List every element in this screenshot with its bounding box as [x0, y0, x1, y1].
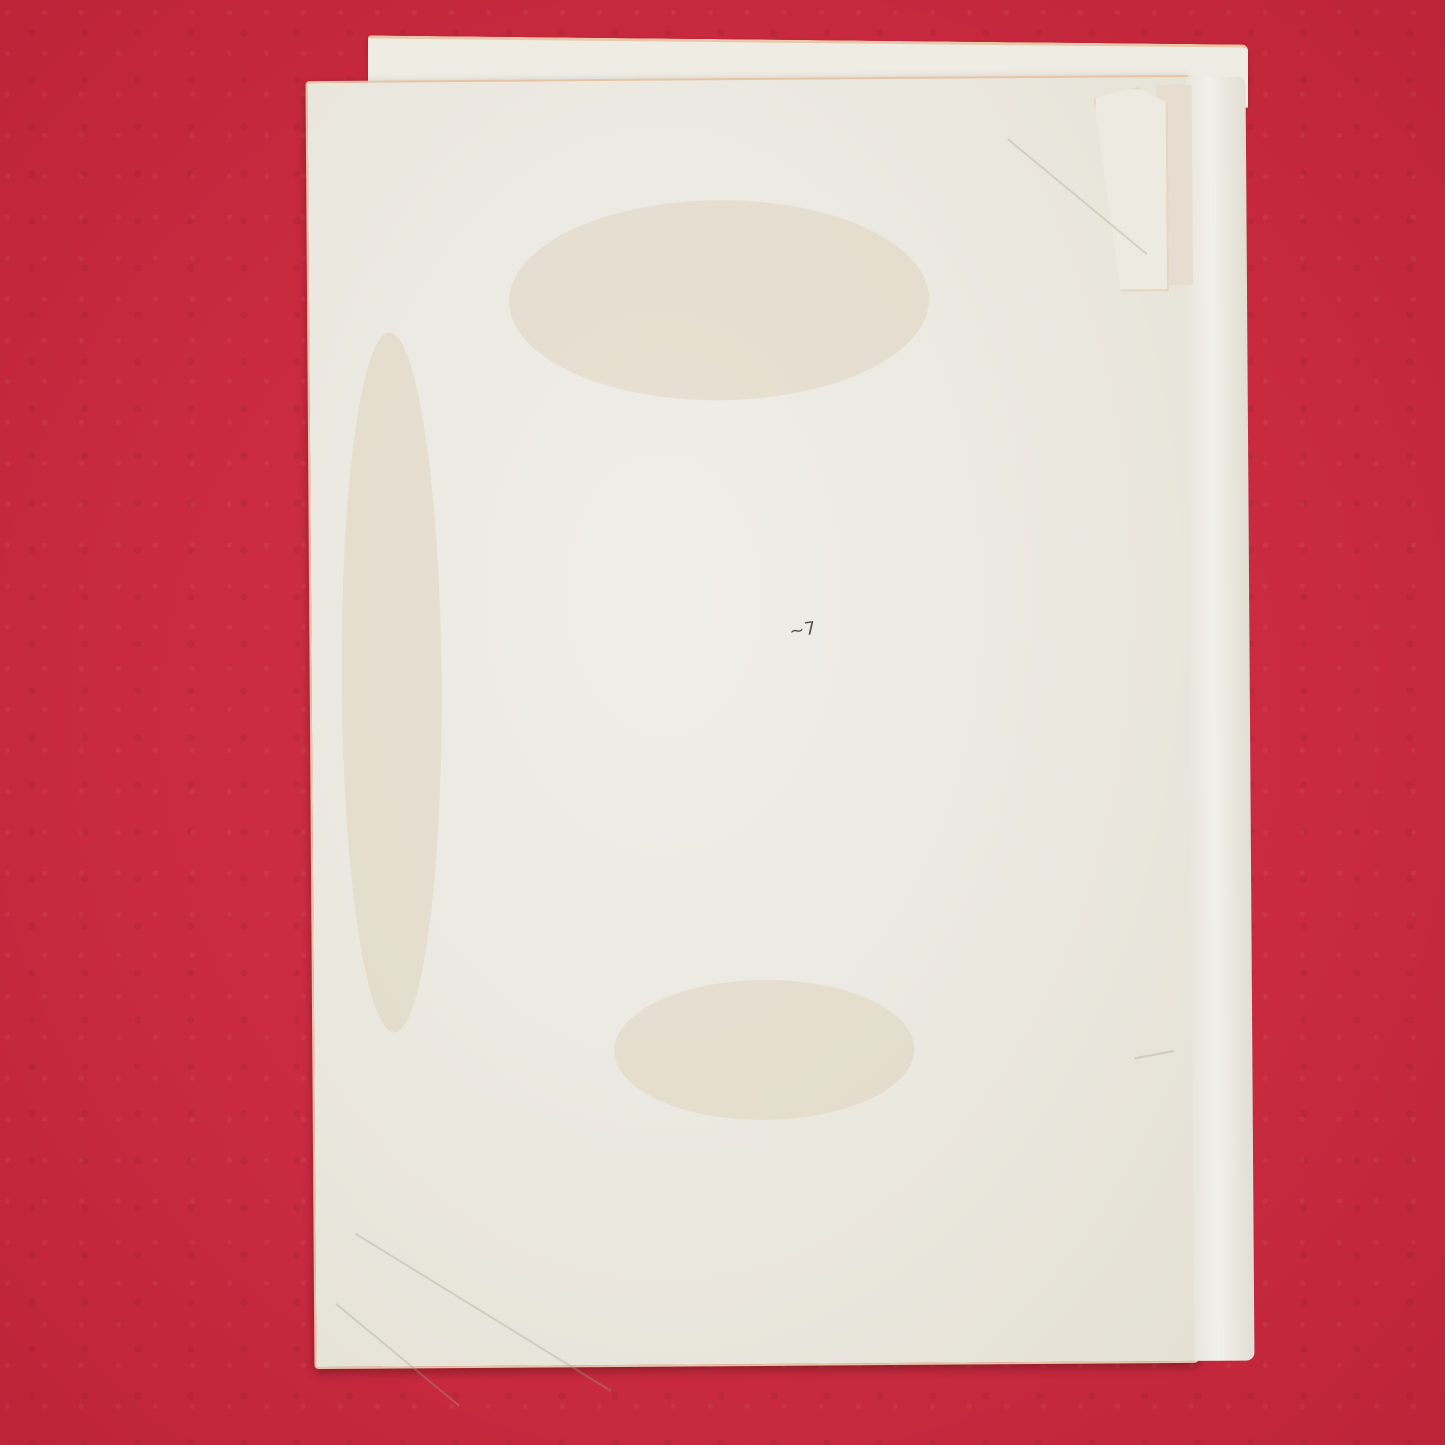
foxing-stain	[339, 332, 444, 1033]
crease	[1134, 1050, 1174, 1059]
torn-cover-flap	[1094, 87, 1169, 292]
pencil-mark: ~7	[788, 618, 817, 643]
booklet-spine	[1186, 77, 1255, 1361]
booklet-back-cover: ~7	[306, 75, 1199, 1369]
foxing-stain	[508, 199, 929, 402]
foxing-stain	[614, 979, 915, 1121]
